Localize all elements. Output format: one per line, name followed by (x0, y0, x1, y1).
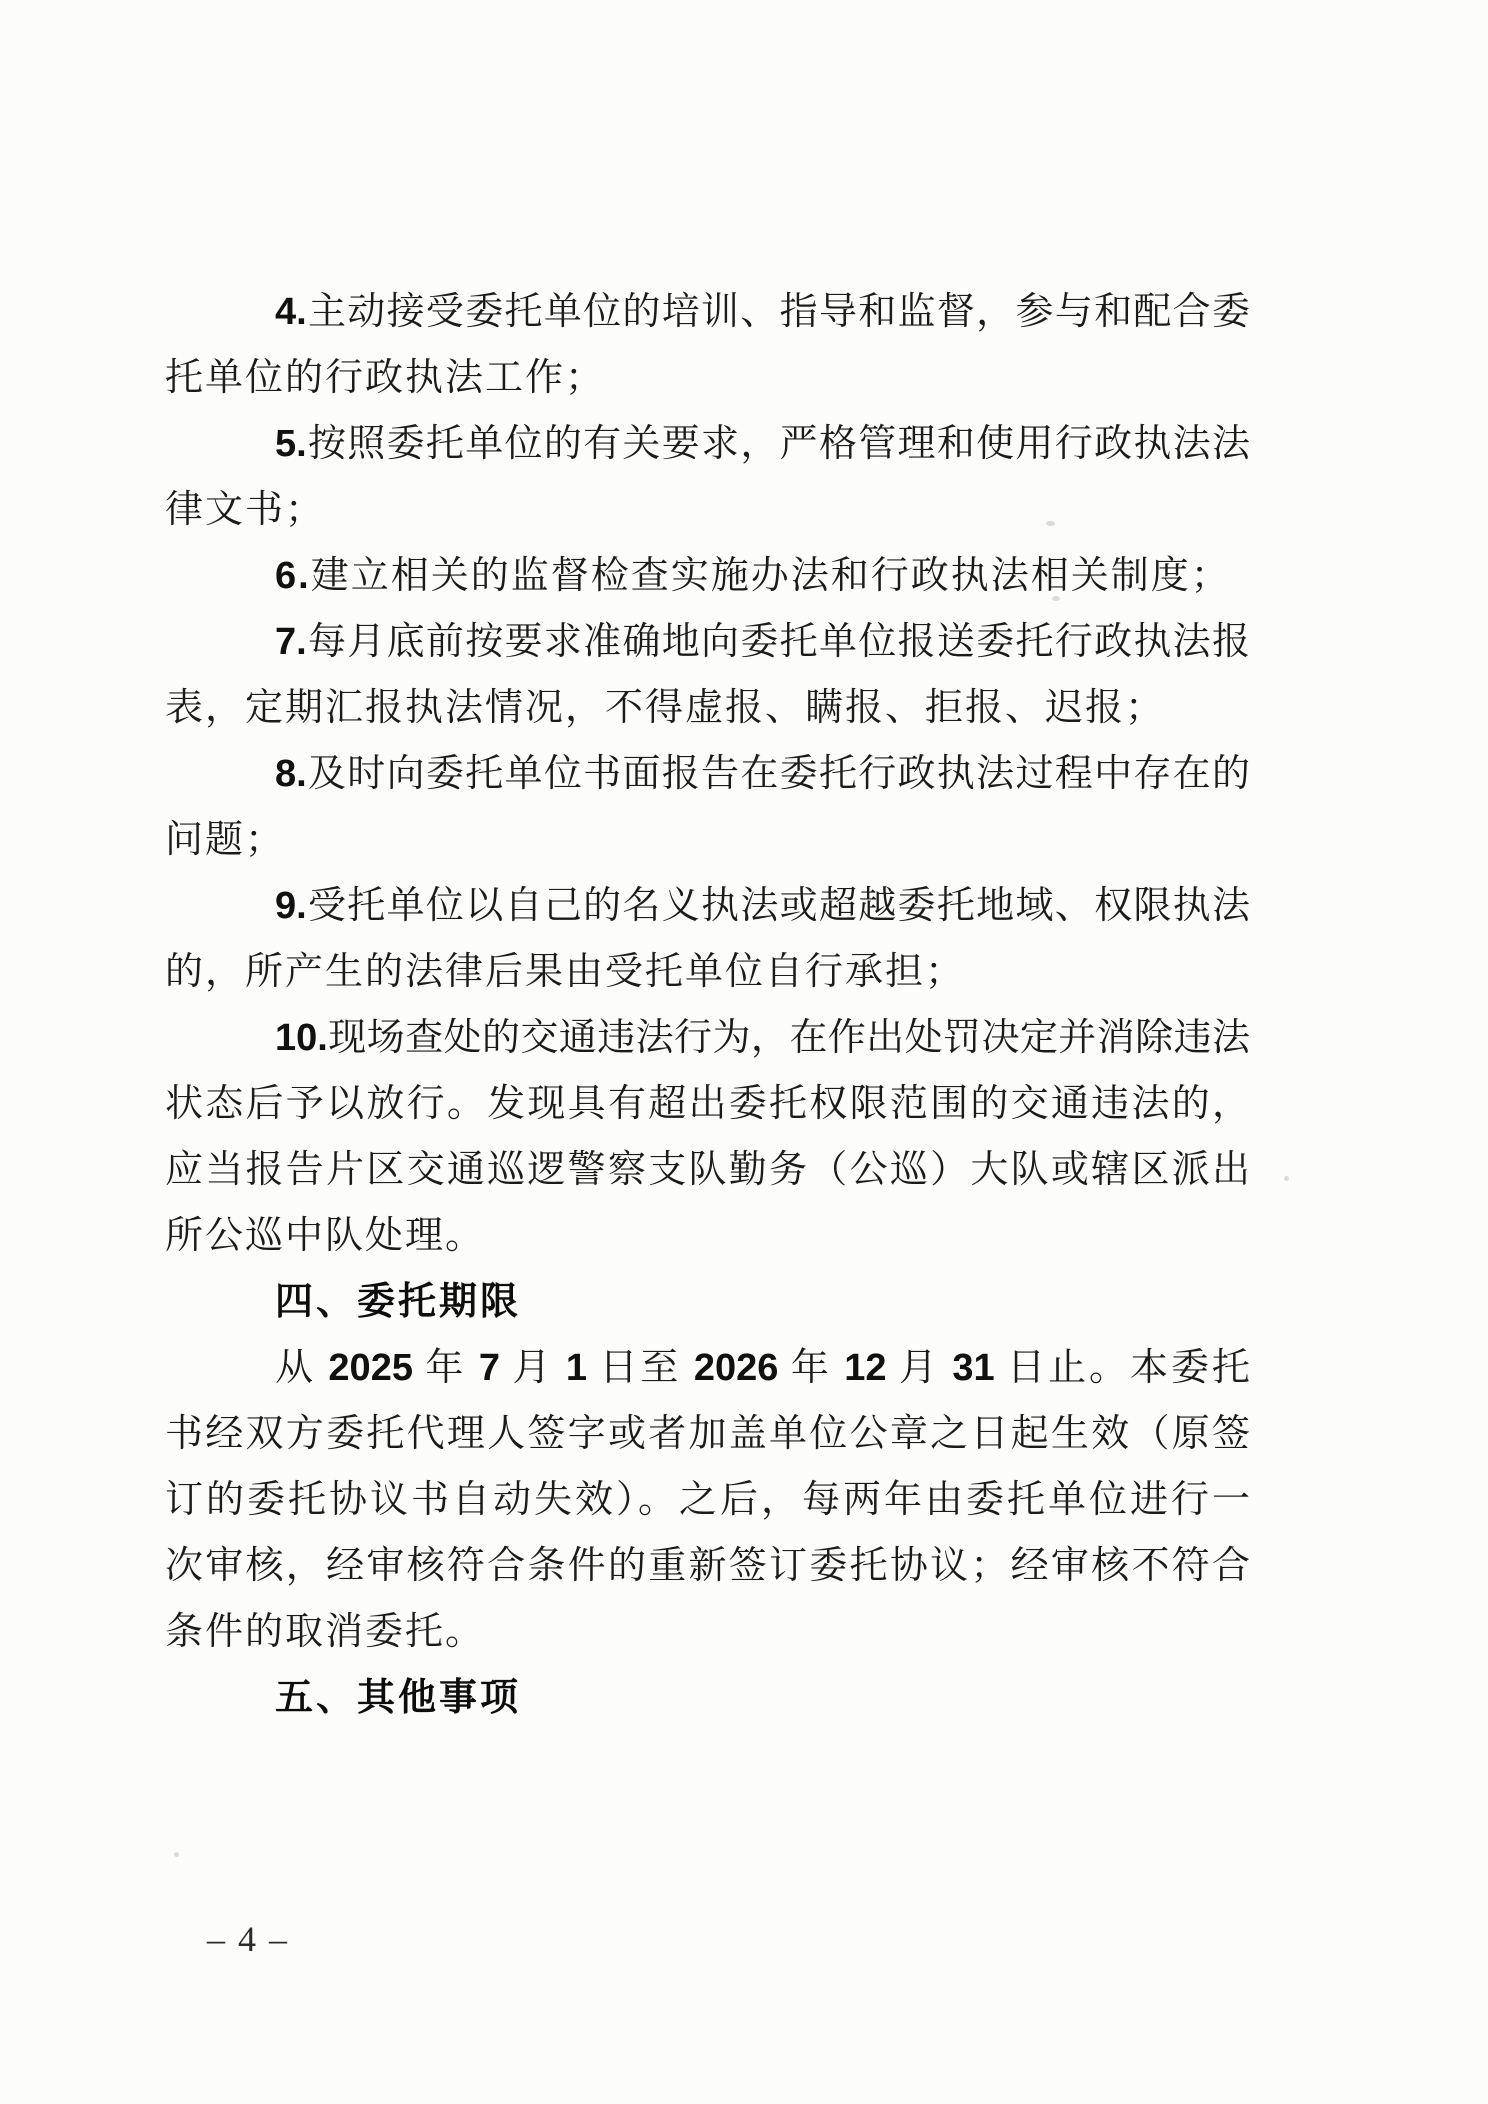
numeral: 4. (275, 291, 307, 333)
text-line: 问题； (165, 807, 1250, 873)
numeral: 8. (275, 753, 307, 795)
numeral: 10. (275, 1017, 328, 1059)
text-line: 9.受托单位以自己的名义执法或超越委托地域、权限执法 (165, 873, 1250, 939)
numeral: 9. (275, 885, 307, 927)
document-body: 4.主动接受委托单位的培训、指导和监督，参与和配合委托单位的行政执法工作；5.按… (165, 279, 1250, 1731)
section-heading: 四、委托期限 (165, 1269, 1250, 1335)
text-line: 律文书； (165, 477, 1250, 543)
numeral: 12 (844, 1347, 886, 1389)
text-line: 订的委托协议书自动失效）。之后，每两年由委托单位进行一 (165, 1467, 1250, 1533)
text-line: 7.每月底前按要求准确地向委托单位报送委托行政执法报 (165, 609, 1250, 675)
numeral: 1 (566, 1347, 587, 1389)
section-heading: 五、其他事项 (165, 1665, 1250, 1731)
text-line: 状态后予以放行。发现具有超出委托权限范围的交通违法的， (165, 1071, 1250, 1137)
scan-speck (1284, 1176, 1289, 1181)
scan-speck (1046, 521, 1055, 526)
document-page: 4.主动接受委托单位的培训、指导和监督，参与和配合委托单位的行政执法工作；5.按… (0, 0, 1488, 2104)
numeral: 2025 (328, 1347, 413, 1389)
text-line: 4.主动接受委托单位的培训、指导和监督，参与和配合委 (165, 279, 1250, 345)
text-line: 书经双方委托代理人签字或者加盖单位公章之日起生效（原签 (165, 1401, 1250, 1467)
text-line: 所公巡中队处理。 (165, 1203, 1250, 1269)
numeral: 6. (275, 555, 311, 597)
text-line: 应当报告片区交通巡逻警察支队勤务（公巡）大队或辖区派出 (165, 1137, 1250, 1203)
numeral: 31 (952, 1347, 994, 1389)
text-line: 从 2025 年 7 月 1 日至 2026 年 12 月 31 日止。本委托 (165, 1335, 1250, 1401)
text-line: 条件的取消委托。 (165, 1599, 1250, 1665)
numeral: 7. (275, 621, 307, 663)
text-line: 的，所产生的法律后果由受托单位自行承担； (165, 939, 1250, 1005)
page-number: – 4 – (207, 1917, 289, 1961)
numeral: 2026 (694, 1347, 779, 1389)
numeral: 7 (479, 1347, 500, 1389)
text-line: 托单位的行政执法工作； (165, 345, 1250, 411)
scan-speck (174, 1852, 179, 1857)
text-line: 6.建立相关的监督检查实施办法和行政执法相关制度； (165, 543, 1250, 609)
numeral: 5. (275, 423, 307, 465)
scan-speck (1052, 596, 1060, 601)
text-line: 8.及时向委托单位书面报告在委托行政执法过程中存在的 (165, 741, 1250, 807)
text-line: 次审核，经审核符合条件的重新签订委托协议；经审核不符合 (165, 1533, 1250, 1599)
text-line: 5.按照委托单位的有关要求，严格管理和使用行政执法法 (165, 411, 1250, 477)
text-line: 表，定期汇报执法情况，不得虚报、瞒报、拒报、迟报； (165, 675, 1250, 741)
scan-speck (917, 641, 921, 648)
text-line: 10.现场查处的交通违法行为，在作出处罚决定并消除违法 (165, 1005, 1250, 1071)
